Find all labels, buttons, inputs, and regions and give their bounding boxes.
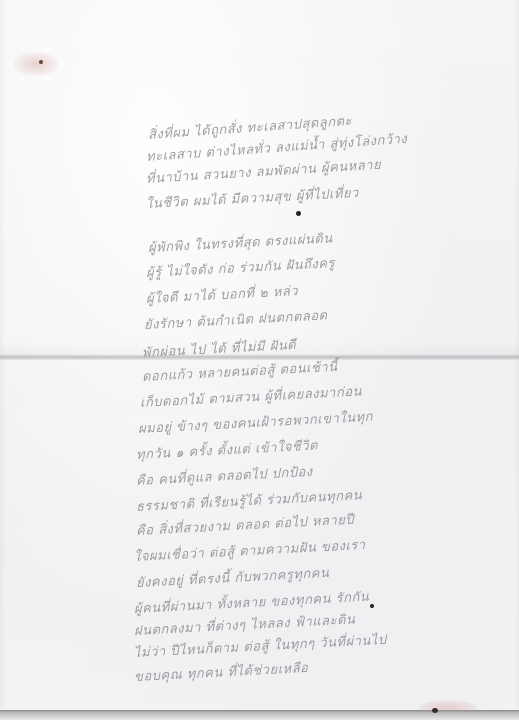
letter-line: ผู้ใจดี มาได้ บอกที่ ๒ หล่ว	[145, 280, 298, 309]
handwritten-letter: สิ่งที่ผม ได้ถูกสั่ง ทะเลสาปสุดลูกตะ ทะเ…	[0, 0, 519, 712]
letter-line: คือ คนที่ดูแล ตลอดไป ปกป้อง	[135, 461, 313, 491]
letter-line: ยังรักษา ต้นกำเนิด ฝนตกตลอด	[143, 304, 328, 335]
letter-line: ผู้รู้ ไม่ใจดัง ก่อ ร่วมกัน ฝันถึงครู	[145, 252, 335, 283]
letter-line: ทุกวัน ๑ ครั้ง ตั้งแต่ เข้าใจชีวิต	[135, 434, 318, 465]
